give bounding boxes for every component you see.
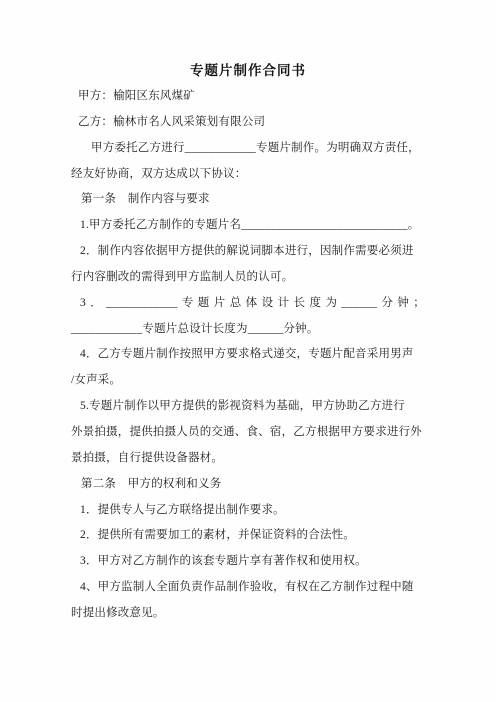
document-line: 1．提供专人与乙方联络提出制作要求。: [71, 498, 425, 524]
document-line: ____________专题片总设计长度为______分钟。: [71, 317, 425, 343]
document-line: 第二条 甲方的权利和义务: [71, 472, 425, 498]
contract-page: 专题片制作合同书 甲方：榆阳区东风煤矿乙方：榆林市名人风采策划有限公司甲方委托乙…: [0, 0, 496, 702]
document-line: 外景拍摄，提供拍摄人员的交通、食、宿，乙方根据甲方要求进行外: [71, 420, 425, 446]
document-line: 3．____________专题片总体设计长度为______分钟；: [71, 291, 425, 317]
document-line: 行内容删改的需得到甲方监制人员的认可。: [71, 265, 425, 291]
document-line: 经友好协商，双方达成以下协议：: [71, 162, 425, 188]
document-title: 专题片制作合同书: [0, 58, 496, 84]
document-line: 时提出修改意见。: [71, 601, 425, 627]
document-line: 1.甲方委托乙方制作的专题片名_________________________…: [71, 213, 425, 239]
document-body: 甲方：榆阳区东风煤矿乙方：榆林市名人风采策划有限公司甲方委托乙方进行______…: [71, 84, 425, 627]
document-line: 2．制作内容依据甲方提供的解说词脚本进行，因制作需要必须进: [71, 239, 425, 265]
document-line: /女声采。: [71, 368, 425, 394]
document-line: 5.专题片制作以甲方提供的影视资料为基础，甲方协助乙方进行: [71, 394, 425, 420]
document-line: 甲方委托乙方进行____________专题片制作。为明确双方责任，: [71, 136, 425, 162]
document-line: 甲方：榆阳区东风煤矿: [71, 84, 425, 110]
document-line: 乙方：榆林市名人风采策划有限公司: [71, 110, 425, 136]
document-line: 3．甲方对乙方制作的该套专题片享有著作权和使用权。: [71, 549, 425, 575]
document-line: 景拍摄，自行提供设备器材。: [71, 446, 425, 472]
document-line: 2．提供所有需要加工的素材，并保证资料的合法性。: [71, 523, 425, 549]
document-line: 第一条 制作内容与要求: [71, 187, 425, 213]
document-line: 4、甲方监制人全面负责作品制作验收，有权在乙方制作过程中随: [71, 575, 425, 601]
document-line: 4．乙方专题片制作按照甲方要求格式递交，专题片配音采用男声: [71, 342, 425, 368]
